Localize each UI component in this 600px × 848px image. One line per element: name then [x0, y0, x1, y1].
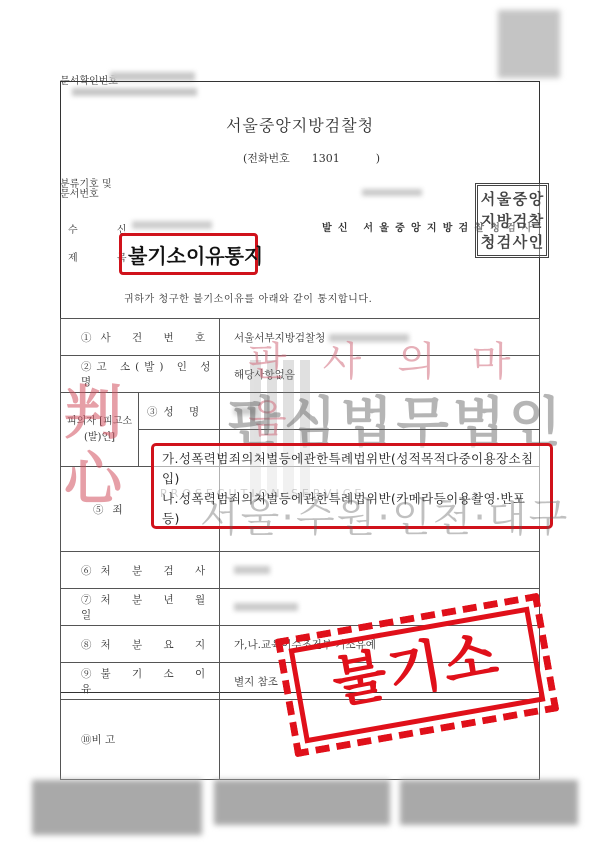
row-sublabel: ③성 명	[139, 393, 220, 430]
phone-number: 1301	[312, 152, 340, 165]
row-value	[220, 393, 540, 430]
qr-code-blurred	[498, 10, 560, 78]
row-label: ①사 건 번 호	[61, 319, 220, 356]
crime-item: 나.성폭력범죄의처벌등에관한특례법위반(카메라등이용촬영·반포등)	[162, 489, 542, 529]
table-row: ⑥처 분 검 사	[61, 552, 540, 589]
row-value	[220, 552, 540, 589]
footer-redacted-center	[214, 780, 390, 825]
doc-confirm-number-redacted	[110, 72, 195, 81]
registration-number-redacted	[72, 88, 197, 96]
seal-glyph: 찰	[528, 210, 544, 232]
row-value: 별지 참조	[220, 663, 540, 700]
official-seal: 서울중앙지방검찰청검사인	[475, 183, 549, 258]
seal-glyph: 청	[480, 231, 496, 253]
row-value	[220, 589, 540, 626]
table-row: 피의자 [피고소(발)인] ③성 명	[61, 393, 540, 430]
footer-redacted-right	[400, 780, 578, 825]
notice-form-table: ①사 건 번 호 서울서부지방검찰청 ②고 소(발) 인 성 명 해당사항없음 …	[60, 318, 540, 780]
subject-title: 불기소이유통지	[128, 240, 263, 269]
phone-label: (전화번호	[243, 152, 290, 165]
row-label: ⑥처 분 검 사	[61, 552, 220, 589]
seal-glyph: 검	[512, 210, 528, 232]
table-row: ⑧처 분 요 지 가,나.교육이수조건부 기소유예	[61, 626, 540, 663]
row-label: ⑨불 기 소 이 유	[61, 663, 220, 700]
seal-glyph: 사	[512, 231, 528, 253]
seal-glyph: 서	[480, 188, 496, 210]
org-title: 서울중앙지방검찰청	[0, 113, 600, 136]
suspect-label: 피의자 [피고소(발)인]	[61, 393, 139, 467]
row-value: 서울서부지방검찰청	[220, 319, 540, 356]
row-label: ②고 소(발) 인 성 명	[61, 356, 220, 393]
row-value: 가,나.교육이수조건부 기소유예	[220, 626, 540, 663]
classification-label: 분류기호 문서번호 및	[60, 180, 100, 200]
table-row: ①사 건 번 호 서울서부지방검찰청	[61, 319, 540, 356]
date-redacted	[362, 189, 422, 196]
table-row: ⑩비 고	[61, 700, 540, 780]
row-value: 해당사항없음	[220, 356, 540, 393]
crime-highlight-box: 가.성폭력범죄의처벌등에관한특례법위반(성적목적다중이용장소침입) 나.성폭력범…	[151, 443, 553, 529]
seal-glyph: 중	[512, 188, 528, 210]
seal-glyph: 방	[496, 210, 512, 232]
crime-item: 가.성폭력범죄의처벌등에관한특례법위반(성적목적다중이용장소침입)	[162, 449, 542, 489]
classification-and: 및	[102, 180, 112, 190]
seal-glyph: 지	[480, 210, 496, 232]
row-label: ⑧처 분 요 지	[61, 626, 220, 663]
table-row: ⑨불 기 소 이 유 별지 참조	[61, 663, 540, 700]
recipient-redacted	[132, 221, 212, 229]
table-row: ⑦처 분 년 월 일	[61, 589, 540, 626]
row-label: ⑦처 분 년 월 일	[61, 589, 220, 626]
seal-glyph: 인	[528, 231, 544, 253]
row-label: ⑩비 고	[61, 700, 220, 780]
footer-redacted-left	[32, 780, 202, 835]
seal-glyph: 앙	[528, 188, 544, 210]
notice-text: 귀하가 청구한 불기소이유를 아래와 같이 통지합니다.	[124, 290, 372, 305]
table-row: ②고 소(발) 인 성 명 해당사항없음	[61, 356, 540, 393]
seal-glyph: 검	[496, 231, 512, 253]
seal-glyph: 울	[496, 188, 512, 210]
phone-close: )	[376, 152, 380, 165]
phone-line: (전화번호1301)	[243, 150, 380, 166]
row-value	[220, 700, 540, 780]
classification-text: 분류기호 문서번호	[60, 180, 100, 200]
